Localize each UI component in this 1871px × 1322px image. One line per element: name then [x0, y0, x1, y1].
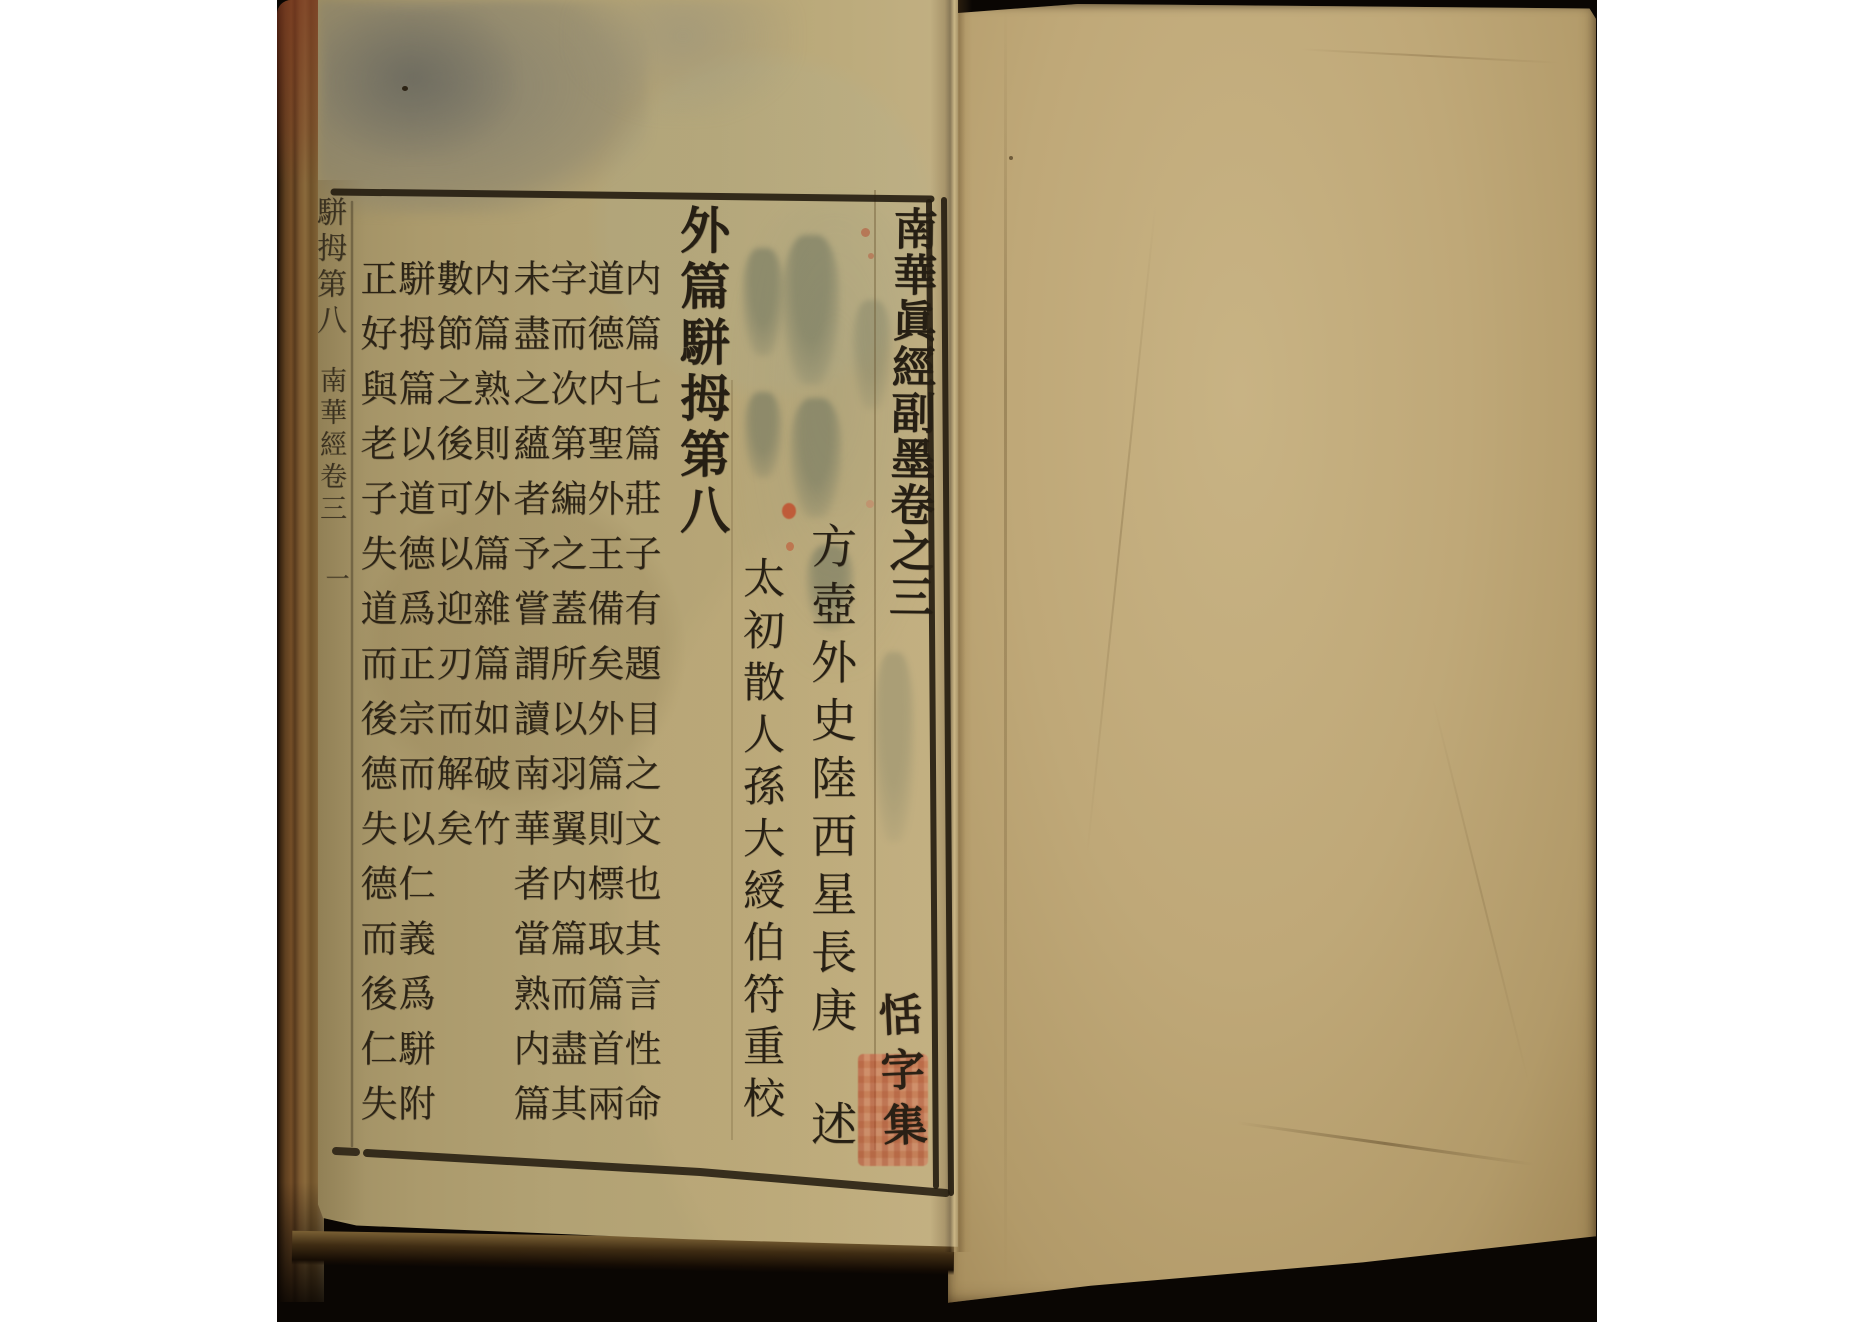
ink-speck	[1009, 156, 1013, 160]
handwritten-note: 恬字集	[872, 991, 923, 1158]
author-column-sun-dashou: 太初散人孫大綬伯符重校	[740, 556, 782, 1128]
fold-book-label: 南華經卷三	[317, 366, 344, 526]
volume-title-column: 南華眞經副墨卷之三	[884, 206, 933, 621]
author-role: 述	[804, 1100, 858, 1158]
book-photo: 南華眞經副墨卷之三 方壺外史陸西星長庚述 太初散人孫大綬伯符重校 外篇駢拇第八 …	[0, 0, 1871, 1322]
commentary-column-2: 道德内聖外王備矣外篇則標取篇首兩	[584, 259, 621, 1139]
frame-right-outer-border	[944, 200, 951, 1193]
commentary-column-3: 字而次第編之蓋所以羽翼内篇而盡其	[547, 259, 584, 1139]
author-name: 方壺外史陸西星長庚	[804, 522, 858, 1044]
fold-chapter-label: 駢拇第八	[313, 196, 343, 340]
commentary-column-6: 數節之後可以迎刃而解矣	[433, 259, 470, 864]
foxing-dot	[866, 500, 874, 508]
foxing-dot	[861, 228, 870, 237]
commentary-column-7: 駢拇篇以道德爲正宗而以仁義爲駢附	[395, 259, 432, 1139]
author-column-lu-xixing: 方壺外史陸西星長庚述	[808, 522, 854, 1158]
ink-speck	[402, 86, 408, 91]
commentary-column-4: 未盡之蘊者予嘗謂讀南華者當熟内篇	[510, 259, 547, 1139]
frame-top-border	[334, 192, 931, 199]
chapter-heading-column: 外篇駢拇第八	[676, 204, 726, 540]
fold-page-number: 一	[323, 566, 347, 590]
commentary-column-8: 正好與老子失道而後德失德而後仁失	[357, 259, 394, 1139]
foxing-dot	[868, 253, 874, 259]
commentary-column-1: 内篇七篇莊子有題目之文也其言性命	[621, 259, 658, 1139]
foxing-dot	[786, 542, 794, 551]
frame-bottom-border	[336, 1151, 356, 1152]
printed-page-frame	[0, 0, 1871, 1322]
foxing-dot	[782, 503, 796, 519]
commentary-column-5: 内篇熟則外篇雜篇如破竹	[470, 259, 507, 864]
author-name: 太初散人孫大綬伯符重校	[737, 556, 786, 1128]
